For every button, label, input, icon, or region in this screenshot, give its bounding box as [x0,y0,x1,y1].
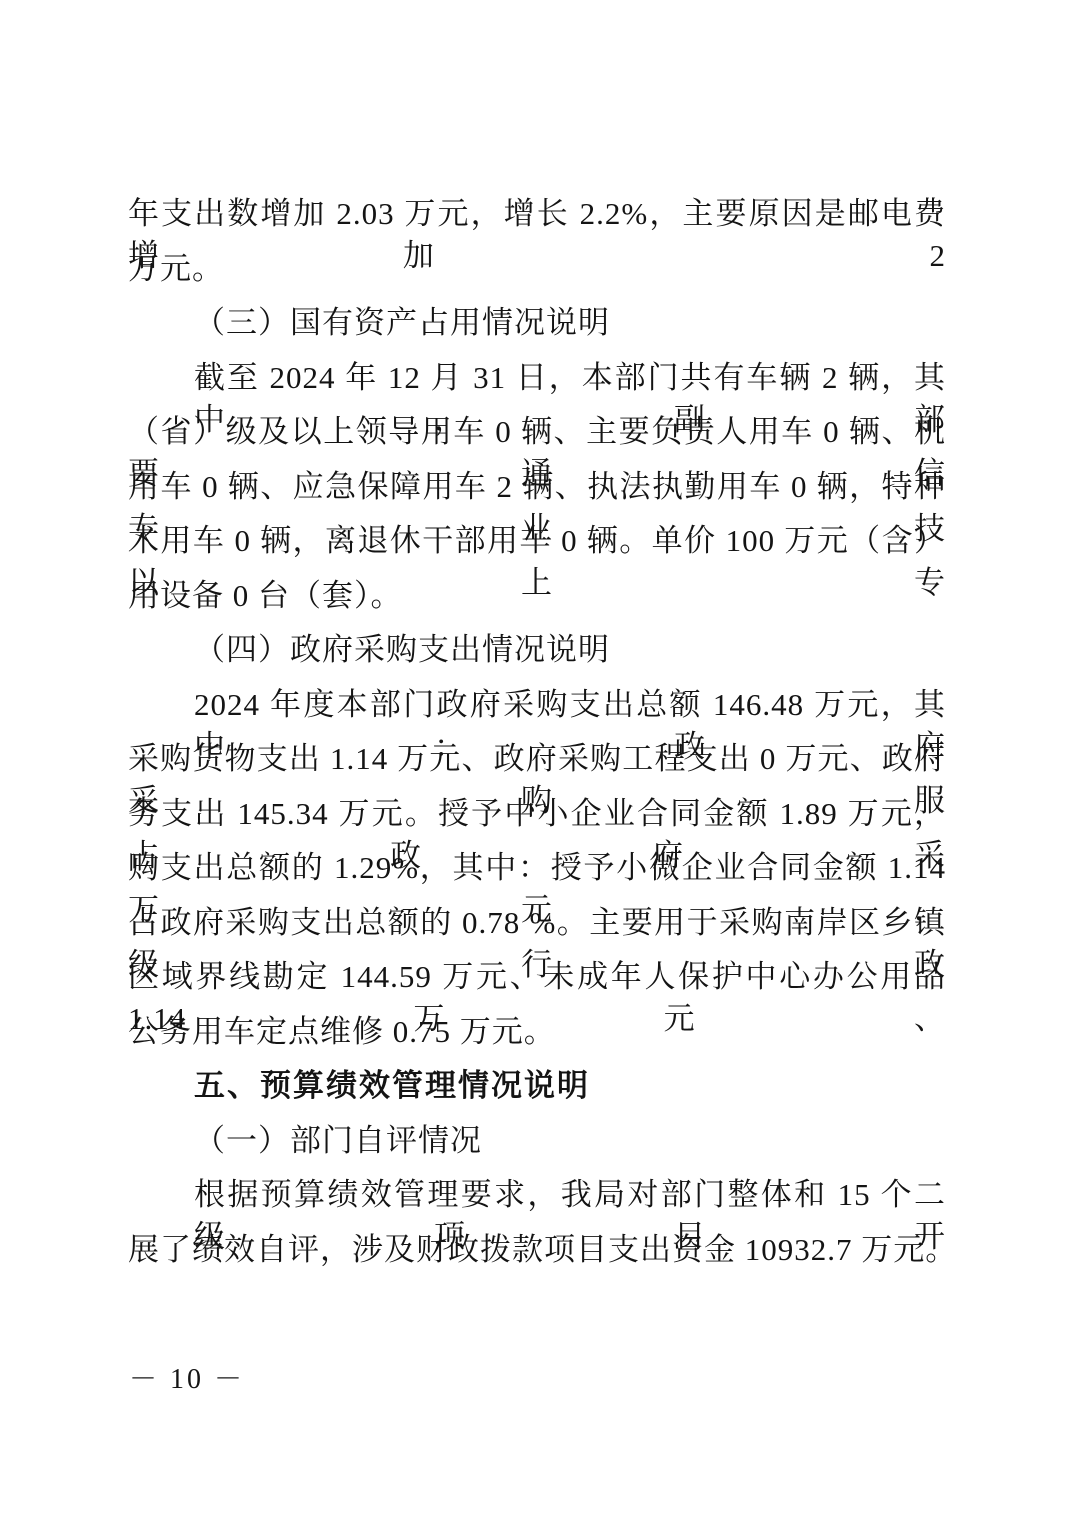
body-line: 年支出数增加 2.03 万元，增长 2.2%，主要原因是邮电费增加 2 [128,193,946,248]
body-line: 采购货物支出 1.14 万元、政府采购工程支出 0 万元、政府采购服 [128,738,946,793]
body-line: 务支出 145.34 万元。授予中小企业合同金额 1.89 万元，占政府采 [128,793,946,848]
subsection-heading-self-evaluation: （一）部门自评情况 [128,1120,946,1175]
body-line: 区域界线勘定 144.59 万元、未成年人保护中心办公用品 1.14 万元、 [128,956,946,1011]
body-line: 术用车 0 辆，离退休干部用车 0 辆。单价 100 万元（含）以上专 [128,520,946,575]
section-heading-gov-procurement: （四）政府采购支出情况说明 [128,629,946,684]
page-number: － 10 － [129,1363,245,1397]
body-line: 展了绩效自评，涉及财政拨款项目支出资金 10932.7 万元。 [128,1229,946,1284]
body-line: 截至 2024 年 12 月 31 日，本部门共有车辆 2 辆，其中，副部 [128,357,946,412]
chapter-heading-budget-performance: 五、预算绩效管理情况说明 [128,1065,946,1120]
body-line: （省）级及以上领导用车 0 辆、主要负责人用车 0 辆、机要通信 [128,411,946,466]
document-body: 年支出数增加 2.03 万元，增长 2.2%，主要原因是邮电费增加 2 万元。 … [128,193,946,1283]
document-page: 年支出数增加 2.03 万元，增长 2.2%，主要原因是邮电费增加 2 万元。 … [0,0,1074,1520]
body-line: 2024 年度本部门政府采购支出总额 146.48 万元，其中：政府 [128,684,946,739]
body-line: 用车 0 辆、应急保障用车 2 辆、执法执勤用车 0 辆，特种专业技 [128,466,946,521]
body-line: 根据预算绩效管理要求，我局对部门整体和 15 个二级项目开 [128,1174,946,1229]
section-heading-state-assets: （三）国有资产占用情况说明 [128,302,946,357]
body-line: 购支出总额的 1.29%，其中：授予小微企业合同金额 1.14 万元， [128,847,946,902]
body-line: 占政府采购支出总额的 0.78 %。主要用于采购南岸区乡镇级行政 [128,902,946,957]
